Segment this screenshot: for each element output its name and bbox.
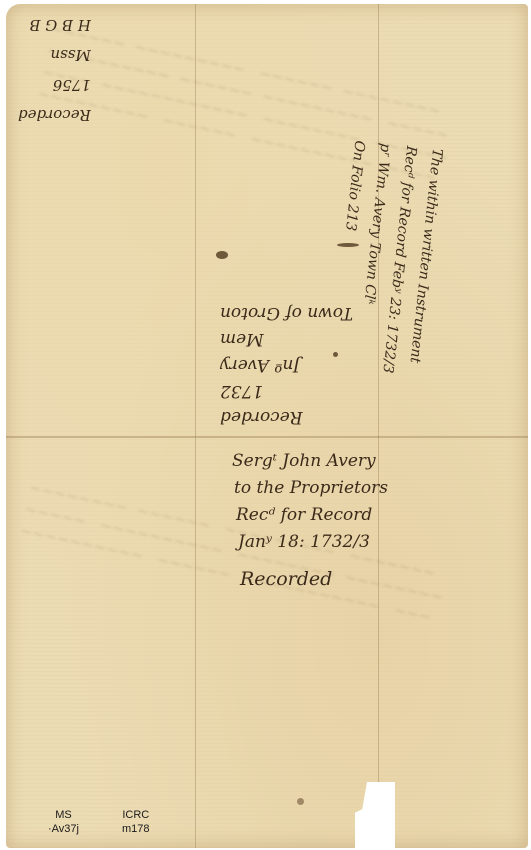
upside-down-endorsement: Recorded 1732 Jnº Avery Mem Town of Grot…	[220, 300, 353, 430]
archive-label-ms: MS ·Av37j	[48, 808, 79, 836]
fold-line-horizontal	[6, 436, 528, 438]
corner-notes: Recorded 1756 Mssn H B G B	[18, 10, 91, 130]
recorded-note: Recorded	[240, 566, 388, 593]
ink-blot	[297, 798, 304, 805]
fold-line-left	[195, 4, 196, 848]
fold-line-right	[378, 4, 379, 848]
ink-blot	[337, 243, 359, 247]
ink-blot	[333, 352, 338, 357]
archive-label-icrc: ICRC m178	[122, 808, 150, 836]
docket-line: Sergᵗ John Avery	[232, 448, 388, 475]
deed-docket: Sergᵗ John Avery to the Proprietors Recᵈ…	[232, 448, 388, 593]
docket-line: Janʸ 18: 1732/3	[238, 529, 388, 556]
docket-line: Recᵈ for Record	[236, 502, 388, 529]
ink-blot	[216, 251, 228, 259]
docket-line: to the Proprietors	[234, 475, 388, 502]
